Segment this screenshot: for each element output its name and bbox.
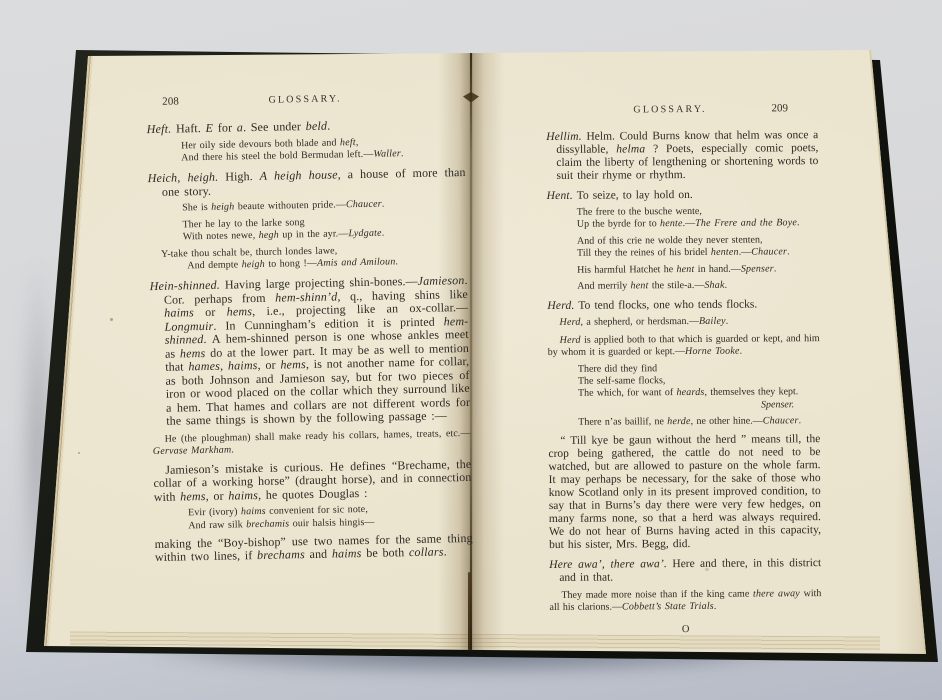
quote-line: She is heigh beaute withouten pride.—Cha… xyxy=(182,197,466,215)
entry-heich: Heich, heigh. High. A heigh house, a hou… xyxy=(148,166,466,199)
entry-hein-shinned: Hein-shinned. Having large projecting sh… xyxy=(150,274,471,429)
quote-chaucer-hent: And of this crie ne wolde they never ste… xyxy=(577,234,819,261)
quote-lydgate: Ther he lay to the larke song With notes… xyxy=(182,214,466,244)
paragraph-boy-bishop: making the “Boy-bishop” use two names fo… xyxy=(155,532,473,565)
gutter-crease xyxy=(470,46,472,658)
paragraph-jamieson-mistake: Jamieson’s mistake is curious. He define… xyxy=(153,458,472,505)
quote-line: Herd, a shepherd, or herdsman.—Bailey. xyxy=(559,316,819,330)
quote-douglas: Evir (ivory) haims convenient for sic no… xyxy=(188,502,472,532)
entry-hellim: Hellim. Helm. Could Burns know that helm… xyxy=(546,129,818,183)
entry-heft: Heft. Haft. E for a. See under beld. xyxy=(147,117,465,137)
page-number-right: 209 xyxy=(771,102,788,115)
running-head-right: GLOSSARY. xyxy=(534,102,806,117)
binding-thread xyxy=(468,572,471,654)
entry-herd: Herd. To tend flocks, one who tends floc… xyxy=(547,299,819,314)
quote-spenser-flocks: There did they find The self-same flocks… xyxy=(578,362,820,413)
quote-frere-and-boye: The frere to the busche wente, Up the by… xyxy=(577,205,819,232)
quote-chaucer-herde: There n’as baillif, ne herde, ne other h… xyxy=(578,415,820,429)
quote-line: His harmful Hatchet he hent in hand.—Spe… xyxy=(577,263,819,277)
running-head-left: GLOSSARY. xyxy=(146,90,464,110)
quote-cobbett: They made more noise than if the king ca… xyxy=(549,588,821,615)
quote-amis-and-amiloun: Y-take thou schalt be, thurch londes law… xyxy=(161,243,467,274)
signature-mark: O xyxy=(550,622,822,637)
quote-shak: And merrily hent the stile-a.—Shak. xyxy=(577,279,819,293)
quote-gervase-markham: He (the ploughman) shall make ready his … xyxy=(153,428,471,459)
entry-hent: Hent. To seize, to lay hold on. xyxy=(547,188,819,203)
open-book-pages: 208 GLOSSARY. Heft. Haft. E for a. See u… xyxy=(0,0,942,700)
note-horne-tooke: Herd is applied both to that which is gu… xyxy=(548,333,820,360)
foxing-speck xyxy=(110,318,113,321)
quote-attribution: Spenser. xyxy=(578,399,820,413)
quote-bailey: Herd, a shepherd, or herdsman.—Bailey. xyxy=(559,316,819,330)
right-page: GLOSSARY. 209 Hellim. Helm. Could Burns … xyxy=(546,102,822,636)
quote-waller: Her oily side devours both blade and hef… xyxy=(181,134,465,164)
photo-backdrop: 208 GLOSSARY. Heft. Haft. E for a. See u… xyxy=(0,0,942,700)
quote-line: There n’as baillif, ne herde, ne other h… xyxy=(578,415,820,429)
quote-line: Up the byrde for to hente.—The Frere and… xyxy=(577,218,819,232)
foxing-speck xyxy=(78,452,80,454)
quote-line: And merrily hent the stile-a.—Shak. xyxy=(577,279,819,293)
left-page: 208 GLOSSARY. Heft. Haft. E for a. See u… xyxy=(146,90,473,568)
quote-spenser-hent: His harmful Hatchet he hent in hand.—Spe… xyxy=(577,263,819,277)
left-page-header: 208 GLOSSARY. xyxy=(146,90,464,111)
paragraph-till-kye: “ Till kye be gaun without the herd ” me… xyxy=(548,433,821,552)
right-page-header: GLOSSARY. 209 xyxy=(546,102,818,119)
quote-line: Till they the reines of his bridel hente… xyxy=(577,246,819,260)
entry-here-awa: Here awa’, there awa’. Here and there, i… xyxy=(549,557,821,585)
quote-chaucer-heich: She is heigh beaute withouten pride.—Cha… xyxy=(182,197,466,215)
